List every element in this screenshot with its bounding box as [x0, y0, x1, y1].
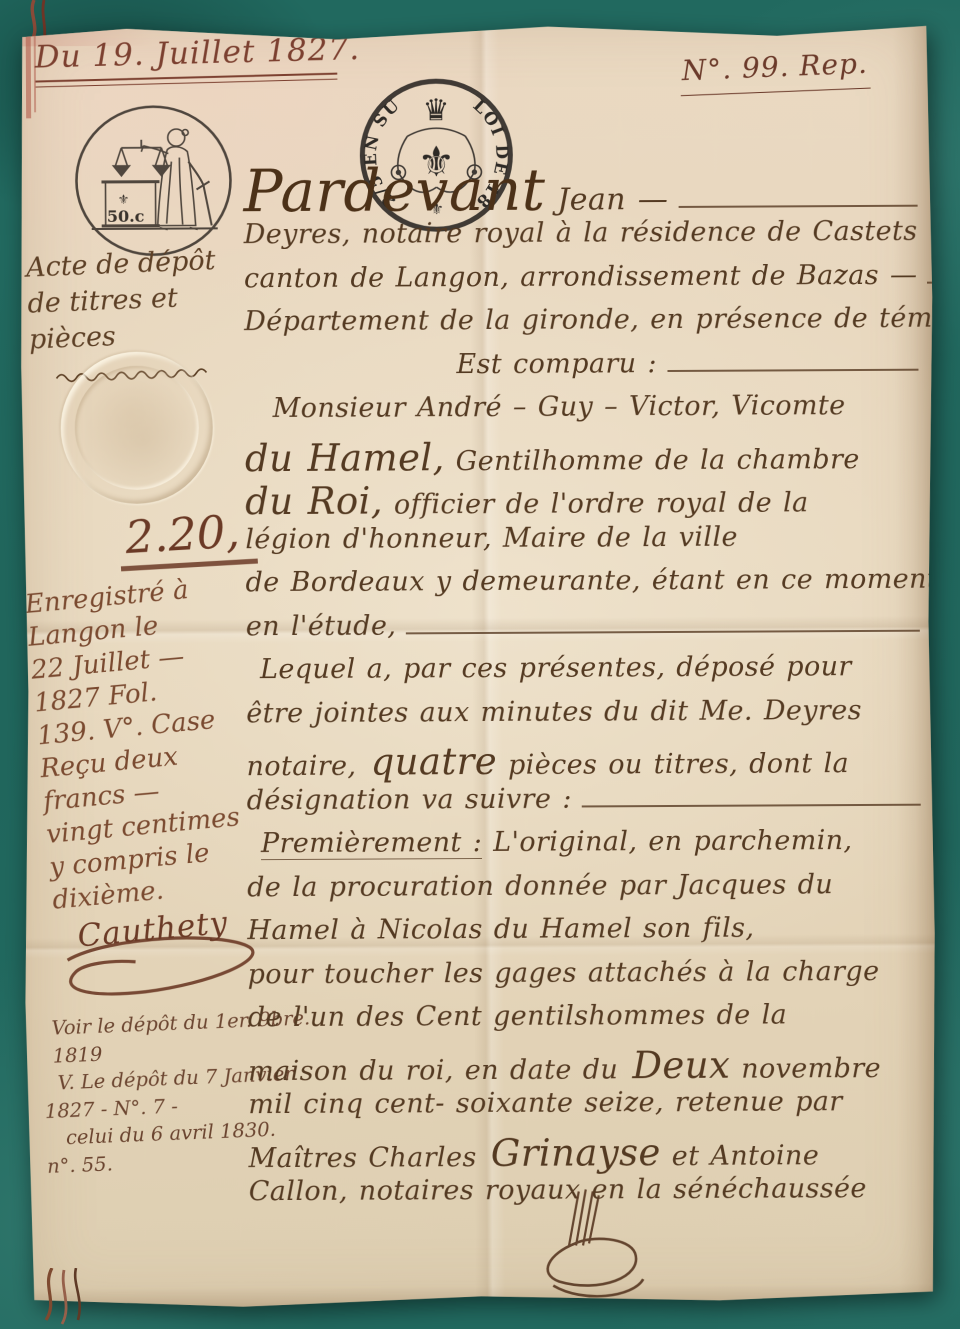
notary-paraph-icon [491, 1185, 682, 1308]
date-text: Du 19. Juillet 1827. [34, 31, 345, 75]
body-line: du Hamel, Gentilhomme de la chambre [245, 433, 923, 480]
body-text: Est comparu : [456, 348, 657, 380]
body-text: novembre [730, 1052, 881, 1084]
act-title-line2: de titres et pièces [27, 277, 270, 359]
body-text: Hamel à Nicolas du Hamel son fils, [247, 913, 754, 947]
body-line: en l'étude, [246, 607, 924, 654]
body-text: légion d'honneur, Maire de la ville [245, 521, 738, 555]
body-line: de Bordeaux y demeurante, étant en ce mo… [245, 564, 923, 611]
body-text: Département de la gironde, en présence d… [244, 302, 960, 337]
body-text: maison du roi, en date du [248, 1054, 618, 1087]
body-text: mil cinq cent- soixante seize, retenue p… [248, 1086, 843, 1120]
body-line: Département de la gironde, en présence d… [244, 303, 922, 350]
body-text: et Antoine [661, 1140, 820, 1172]
inline-rule [678, 205, 917, 208]
body-line: Premièrement : L'original, en parchemin, [247, 825, 925, 872]
body-text: être jointes aux minutes du dit Me. Deyr… [246, 694, 862, 728]
body-text: pour toucher les gages attachés à la cha… [248, 955, 880, 989]
svg-text:♛: ♛ [423, 93, 450, 128]
body-text: Jean — [545, 182, 668, 218]
body-line: désignation va suivre : [247, 781, 925, 828]
body-text: Premièrement : [261, 827, 482, 860]
date-header: Du 19. Juillet 1827. [34, 31, 345, 87]
body-text: L'original, en parchemin, [482, 825, 852, 858]
body-text: pièces ou titres, dont la [497, 748, 849, 781]
body-line: de la procuration donnée par Jacques du [247, 868, 925, 915]
document-paper: Du 19. Juillet 1827. N°. 99. Rep. [17, 12, 940, 1315]
body-text: de la procuration donnée par Jacques du [247, 869, 833, 903]
deed-body-text: Pardevant Jean — Deyres, notaire royal à… [243, 130, 927, 1220]
body-line: Est comparu : [244, 346, 922, 393]
body-text: officier de l'ordre royal de la [383, 487, 809, 520]
binding-edge-mark [26, 30, 31, 118]
binding-thread-bottom-icon [32, 1268, 104, 1329]
body-text: Monsieur André – Guy – Victor, Vicomte [273, 390, 846, 424]
body-line: Hamel à Nicolas du Hamel son fils, [247, 912, 925, 959]
body-text: Gentilhomme de la chambre [445, 443, 860, 476]
embossed-seal-inner [74, 365, 199, 490]
body-line: Maîtres Charles Grinayse et Antoine [248, 1129, 926, 1176]
inline-rule [406, 629, 920, 634]
body-text: Deux [618, 1043, 730, 1087]
body-line: maison du roi, en date du Deux novembre [248, 1042, 926, 1089]
repertoire-number: N°. 99. Rep. [644, 45, 905, 97]
repertoire-underline [681, 88, 871, 97]
repertoire-text: N°. 99. Rep. [644, 45, 905, 88]
body-text: notaire, [246, 751, 356, 783]
inline-rule [582, 803, 921, 807]
paper-bottom-edge-shadow [23, 1284, 939, 1315]
body-line: notaire, quatre pièces ou titres, dont l… [246, 738, 924, 785]
body-text: en l'étude, [246, 610, 397, 642]
svg-text:⚜: ⚜ [118, 193, 130, 208]
inline-rule [927, 281, 955, 283]
body-text: Lequel a, par ces présentes, déposé pour [260, 651, 852, 685]
fee-stamp-value: 50.c [107, 207, 145, 226]
body-text: de Bordeaux y demeurante, étant en ce mo… [245, 564, 938, 599]
embossed-seal [60, 351, 213, 504]
body-text: du Hamel, [245, 436, 445, 480]
body-line: légion d'honneur, Maire de la ville [245, 520, 923, 567]
body-text: du Roi, [245, 479, 383, 523]
body-line: Monsieur André – Guy – Victor, Vicomte [245, 390, 923, 437]
body-line: Lequel a, par ces présentes, déposé pour [246, 651, 924, 698]
body-line: du Roi, officier de l'ordre royal de la [245, 477, 923, 524]
inline-rule [667, 368, 918, 371]
body-line: Pardevant Jean — [243, 130, 921, 220]
body-text: Pardevant [243, 163, 545, 220]
body-text: canton de Langon, arrondissement de Baza… [244, 259, 918, 294]
body-text: désignation va suivre : [247, 783, 572, 816]
body-line: être jointes aux minutes du dit Me. Deyr… [246, 694, 924, 741]
body-text: Deyres, notaire royal à la résidence de … [244, 216, 918, 251]
body-line: Deyres, notaire royal à la résidence de … [244, 216, 922, 263]
body-line: pour toucher les gages attachés à la cha… [248, 955, 926, 1002]
date-double-underline [35, 73, 337, 88]
justice-fee-stamp-icon: ⚜ 50.c [55, 101, 252, 262]
body-text: de l'un des Cent gentilshommes de la [248, 999, 787, 1033]
body-line: de l'un des Cent gentilshommes de la [248, 999, 926, 1046]
registration-fee: 2.20, [118, 504, 258, 572]
body-line: mil cinq cent- soixante seize, retenue p… [248, 1086, 926, 1133]
body-text: Maîtres Charles [249, 1142, 477, 1174]
body-text: quatre [356, 740, 497, 784]
body-text: Grinayse [477, 1131, 661, 1175]
body-line: canton de Langon, arrondissement de Baza… [244, 259, 922, 306]
